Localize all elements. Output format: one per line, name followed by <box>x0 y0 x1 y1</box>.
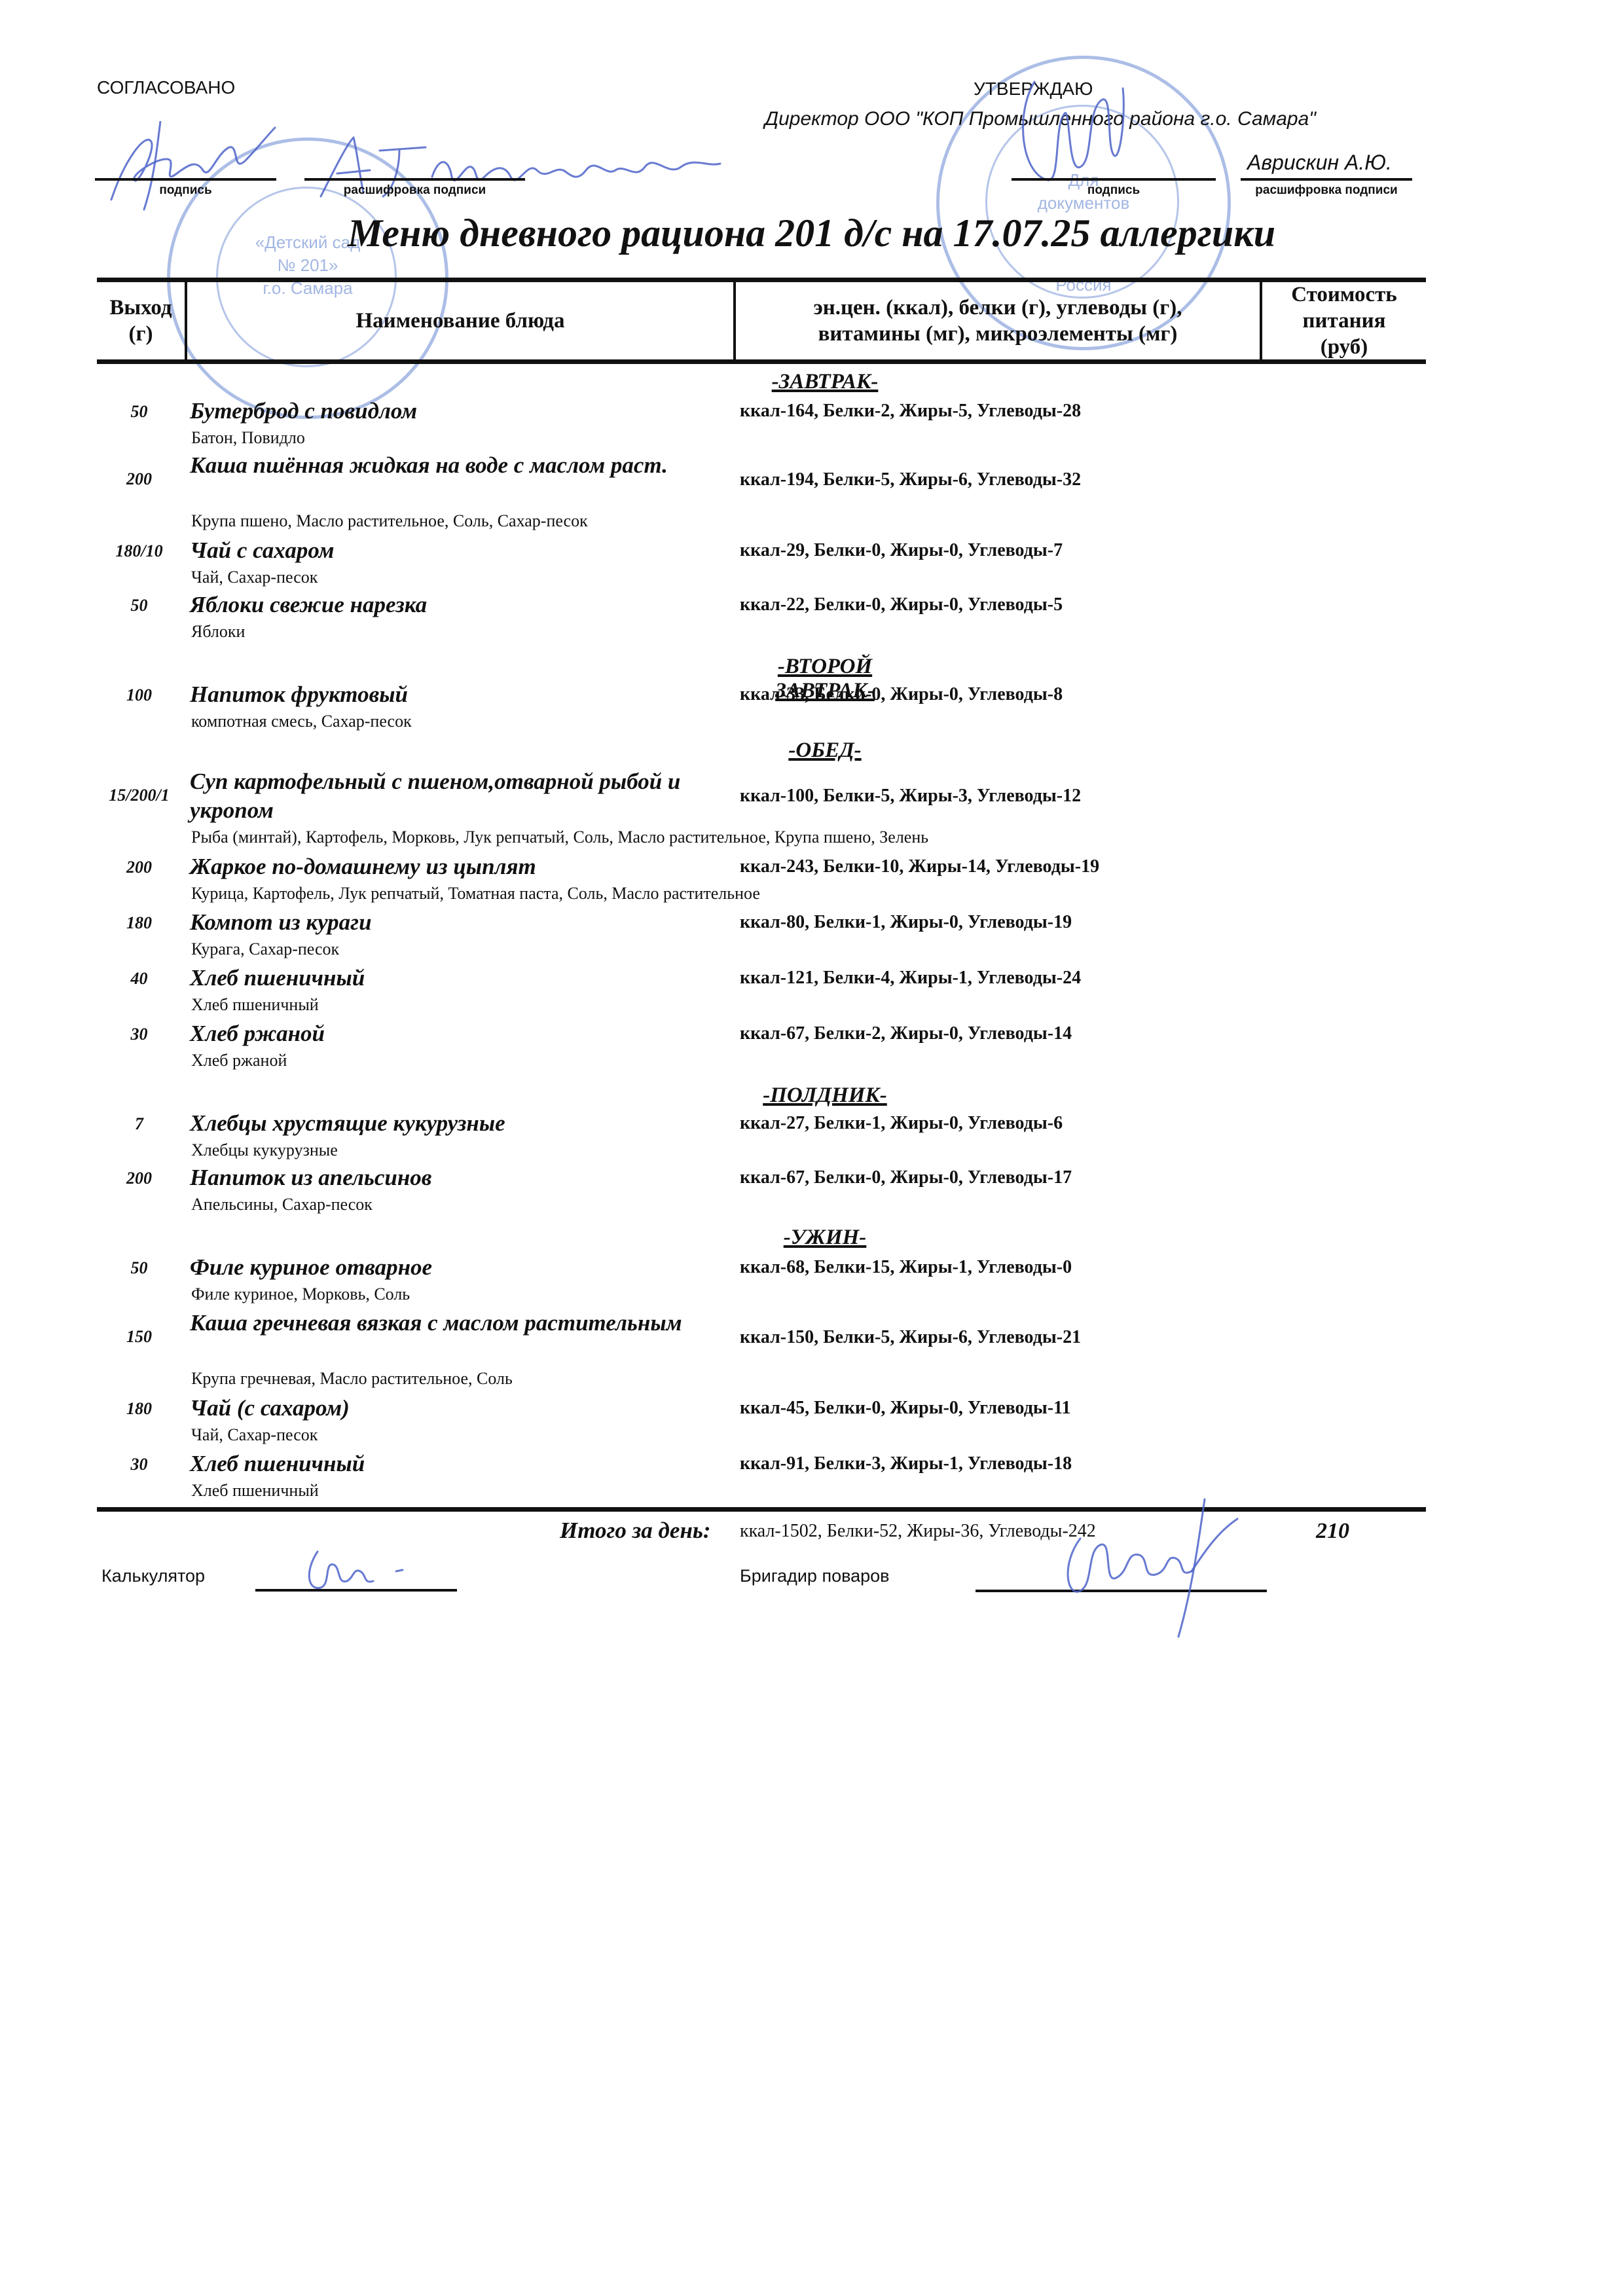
column-header-dish: Наименование блюда <box>187 282 733 359</box>
signature-line-left <box>95 178 276 181</box>
item-yield: 50 <box>98 402 180 422</box>
item-dish-name: Компот из кураги <box>190 908 733 937</box>
item-ingredients: Чай, Сахар-песок <box>191 568 318 587</box>
item-ingredients: Рыба (минтай), Картофель, Морковь, Лук р… <box>191 828 928 847</box>
item-dish-name: Каша гречневая вязкая с маслом раститель… <box>190 1309 733 1338</box>
item-ingredients: Батон, Повидло <box>191 428 305 448</box>
item-dish-name: Каша пшённая жидкая на воде с маслом рас… <box>190 451 733 480</box>
approval-left-heading: СОГЛАСОВАНО <box>97 77 235 98</box>
section-heading: -ОБЕД- <box>733 738 917 763</box>
item-yield: 180 <box>98 1399 180 1419</box>
item-nutrition: ккал-45, Белки-0, Жиры-0, Углеводы-11 <box>740 1398 1071 1419</box>
table-header: Выход (г) Наименование блюда эн.цен. (кк… <box>97 278 1426 364</box>
section-heading-label: -УЖИН- <box>784 1226 867 1249</box>
signature-caption: подпись <box>95 183 276 198</box>
item-yield: 30 <box>98 1455 180 1474</box>
chef-signature <box>1041 1493 1257 1643</box>
calculator-signature <box>291 1545 422 1594</box>
item-dish-name: Хлебцы хрустящие кукурузные <box>190 1109 733 1138</box>
item-dish-name: Филе куриное отварное <box>190 1253 733 1282</box>
section-heading-label: -ПОЛДНИК- <box>763 1084 887 1107</box>
item-dish-name: Хлеб ржаной <box>190 1019 733 1048</box>
item-ingredients: Апельсины, Сахар-песок <box>191 1195 373 1214</box>
column-header-cost: Стоимость питания (руб) <box>1262 282 1426 359</box>
item-nutrition: ккал-22, Белки-0, Жиры-0, Углеводы-5 <box>740 594 1063 615</box>
item-yield: 200 <box>98 469 180 489</box>
item-yield: 50 <box>98 596 180 615</box>
item-dish-name: Чай с сахаром <box>190 536 733 565</box>
signature-decode-caption: расшифровка подписи <box>1241 183 1412 198</box>
calculator-label: Калькулятор <box>101 1566 205 1586</box>
totals-cost: 210 <box>1316 1519 1349 1544</box>
item-ingredients: Курага, Сахар-песок <box>191 939 339 959</box>
item-yield: 50 <box>98 1258 180 1278</box>
item-nutrition: ккал-68, Белки-15, Жиры-1, Углеводы-0 <box>740 1257 1072 1278</box>
signature-decode-caption: расшифровка подписи <box>304 183 525 198</box>
item-yield: 180 <box>98 913 180 933</box>
signature-decode-line-left <box>304 178 525 181</box>
item-nutrition: ккал-67, Белки-0, Жиры-0, Углеводы-17 <box>740 1167 1072 1188</box>
item-dish-name: Напиток фруктовый <box>190 680 733 709</box>
item-ingredients: Курица, Картофель, Лук репчатый, Томатна… <box>191 884 760 903</box>
item-ingredients: Чай, Сахар-песок <box>191 1425 318 1445</box>
item-ingredients: Яблоки <box>191 622 245 642</box>
signature-line-right <box>1012 178 1216 181</box>
item-ingredients: Хлебцы кукурузные <box>191 1140 338 1160</box>
item-dish-name: Яблоки свежие нарезка <box>190 591 733 619</box>
item-nutrition: ккал-100, Белки-5, Жиры-3, Углеводы-12 <box>740 786 1081 807</box>
section-heading-label: -ЗАВТРАК- <box>772 370 879 393</box>
section-heading: -ЗАВТРАК- <box>733 370 917 394</box>
item-dish-name: Бутерброд с повидлом <box>190 397 733 426</box>
item-ingredients: Хлеб ржаной <box>191 1051 287 1070</box>
signature-decode-left <box>308 131 727 210</box>
column-header-yield: Выход (г) <box>97 282 185 359</box>
item-nutrition: ккал-164, Белки-2, Жиры-5, Углеводы-28 <box>740 401 1081 422</box>
item-dish-name: Хлеб пшеничный <box>190 1449 733 1478</box>
signature-decode-line-right <box>1241 178 1412 181</box>
signature-caption: подпись <box>1012 183 1216 198</box>
item-nutrition: ккал-33, Белки-0, Жиры-0, Углеводы-8 <box>740 684 1063 705</box>
item-yield: 100 <box>98 685 180 705</box>
item-nutrition: ккал-29, Белки-0, Жиры-0, Углеводы-7 <box>740 540 1063 561</box>
item-dish-name: Чай (с сахаром) <box>190 1394 733 1423</box>
section-heading-label: -ОБЕД- <box>788 738 861 762</box>
page-title: Меню дневного рациона 201 д/с на 17.07.2… <box>0 211 1623 256</box>
item-yield: 30 <box>98 1025 180 1044</box>
item-dish-name: Жаркое по-домашнему из цыплят <box>190 852 733 881</box>
item-nutrition: ккал-27, Белки-1, Жиры-0, Углеводы-6 <box>740 1113 1063 1134</box>
item-ingredients: компотная смесь, Сахар-песок <box>191 712 412 731</box>
item-nutrition: ккал-243, Белки-10, Жиры-14, Углеводы-19 <box>740 856 1099 877</box>
stamp-text: № 201» <box>170 255 445 275</box>
section-heading: -УЖИН- <box>733 1226 917 1250</box>
chef-label: Бригадир поваров <box>740 1566 890 1586</box>
item-ingredients: Крупа гречневая, Масло растительное, Сол… <box>191 1369 513 1389</box>
totals-label: Итого за день: <box>560 1518 711 1544</box>
item-nutrition: ккал-194, Белки-5, Жиры-6, Углеводы-32 <box>740 469 1081 490</box>
item-nutrition: ккал-150, Белки-5, Жиры-6, Углеводы-21 <box>740 1327 1081 1348</box>
item-dish-name: Суп картофельный с пшеном,отварной рыбой… <box>190 767 733 825</box>
signature-right <box>1008 75 1133 190</box>
item-yield: 15/200/1 <box>98 786 180 805</box>
item-yield: 200 <box>98 858 180 877</box>
signature-left <box>98 121 295 213</box>
section-heading: -ПОЛДНИК- <box>733 1084 917 1108</box>
item-yield: 40 <box>98 969 180 989</box>
item-nutrition: ккал-91, Белки-3, Жиры-1, Углеводы-18 <box>740 1453 1072 1474</box>
item-yield: 180/10 <box>98 541 180 561</box>
column-header-nutrition: эн.цен. (ккал), белки (г), углеводы (г),… <box>736 282 1260 359</box>
item-ingredients: Крупа пшено, Масло растительное, Соль, С… <box>191 511 588 531</box>
item-ingredients: Хлеб пшеничный <box>191 1481 319 1501</box>
item-nutrition: ккал-67, Белки-2, Жиры-0, Углеводы-14 <box>740 1023 1072 1044</box>
item-dish-name: Хлеб пшеничный <box>190 964 733 993</box>
item-nutrition: ккал-121, Белки-4, Жиры-1, Углеводы-24 <box>740 968 1081 989</box>
director-name: Аврискин А.Ю. <box>1247 151 1392 175</box>
item-yield: 150 <box>98 1327 180 1347</box>
item-ingredients: Хлеб пшеничный <box>191 995 319 1015</box>
item-yield: 200 <box>98 1169 180 1188</box>
item-ingredients: Филе куриное, Морковь, Соль <box>191 1285 410 1304</box>
item-yield: 7 <box>98 1114 180 1134</box>
item-dish-name: Напиток из апельсинов <box>190 1163 733 1192</box>
item-nutrition: ккал-80, Белки-1, Жиры-0, Углеводы-19 <box>740 912 1072 933</box>
